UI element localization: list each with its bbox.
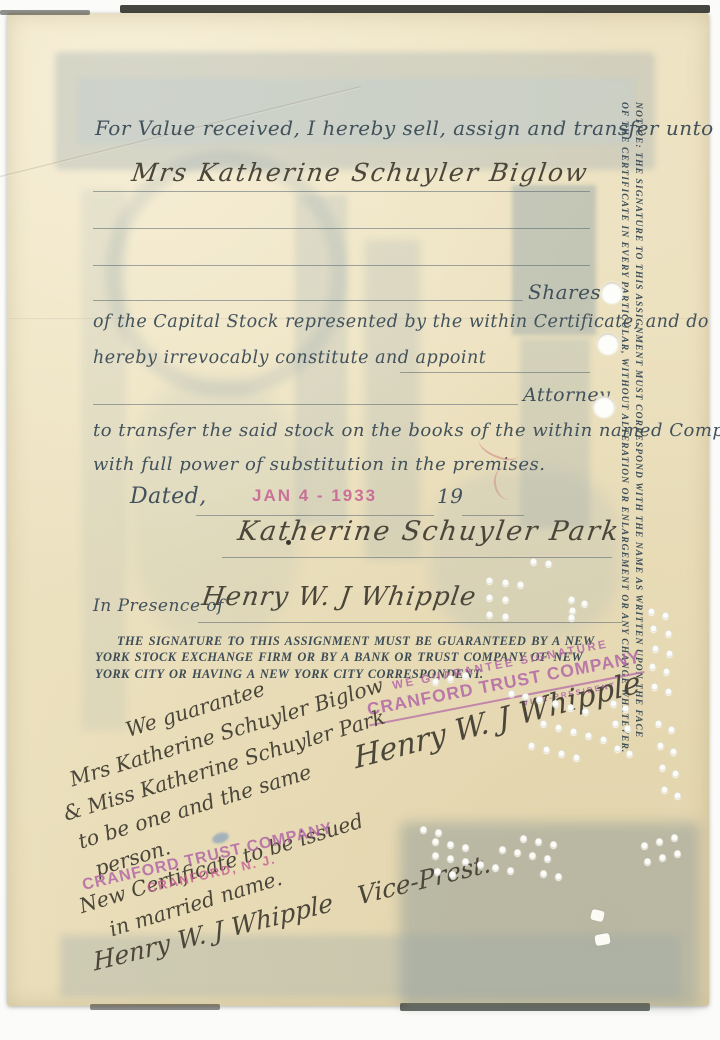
punch-hole-small (528, 742, 535, 749)
punch-hole-small (674, 850, 681, 857)
punch-hole-small (569, 607, 576, 614)
punch-hole-small (434, 868, 441, 875)
punch-hole-small (555, 873, 562, 880)
punch-hole-small (662, 612, 669, 619)
punch-hole-small (581, 600, 588, 607)
side-notice: NOTICE: THE SIGNATURE TO THIS ASSIGNMENT… (616, 102, 644, 660)
punch-hole-small (573, 754, 580, 761)
punch-hole-small (665, 630, 672, 637)
punch-hole-small (502, 613, 509, 620)
punch-hole-small (568, 596, 575, 603)
punch-hole-small (622, 705, 629, 712)
scan-edge-bottom (400, 1003, 650, 1011)
punch-hole-small (568, 614, 575, 621)
punch-hole-small (536, 696, 543, 703)
punch-hole-small (486, 594, 493, 601)
punch-hole-small (657, 742, 664, 749)
punch-hole-small (626, 750, 633, 757)
punch-hole-small (656, 838, 663, 845)
punch-hole-small (552, 700, 559, 707)
punch-hole-small (570, 728, 577, 735)
punch-hole-small (447, 841, 454, 848)
punch-hole-small (462, 844, 469, 851)
punch-hole-small (544, 855, 551, 862)
punch-hole-small (649, 663, 656, 670)
punch-hole-small (624, 725, 631, 732)
assignee-name-handwriting: Mrs Katherine Schuyler Biglow (132, 158, 589, 187)
punch-hole-small (545, 560, 552, 567)
punch-hole-small (600, 736, 607, 743)
punch-hole-small (449, 871, 456, 878)
punch-hole-small (529, 852, 536, 859)
punch-hole-small (520, 835, 527, 842)
punch-hole-small (508, 690, 515, 697)
punch-hole-small (666, 650, 673, 657)
punch-hole-large (597, 333, 619, 355)
punch-hole-small (650, 625, 657, 632)
punch-hole-small (432, 838, 439, 845)
year-prefix: 19 (437, 484, 463, 508)
punch-hole-large (593, 396, 615, 418)
punch-hole-small (585, 732, 592, 739)
punch-hole-small (567, 704, 574, 711)
shares-label: Shares (528, 280, 601, 304)
punch-hole-small (612, 720, 619, 727)
holder-signature: Katherine Schuyler Park (238, 516, 620, 547)
punch-hole-small (671, 834, 678, 841)
side-notice-line-2: OF THE CERTIFICATE IN EVERY PARTICULAR, … (616, 102, 630, 660)
scan-edge-bottom-left (90, 1004, 220, 1010)
punch-hole-small (535, 838, 542, 845)
punch-hole-small (665, 688, 672, 695)
punch-hole-small (641, 842, 648, 849)
punch-hole-small (661, 786, 668, 793)
punch-hole-small (502, 596, 509, 603)
punch-hole-small (540, 720, 547, 727)
rule-shares (93, 300, 523, 301)
punch-hole-small (462, 858, 469, 865)
rule-blank-1 (93, 228, 590, 229)
scan-edge-top-left (0, 10, 90, 15)
assignment-line-3: hereby irrevocably constitute and appoin… (93, 348, 486, 368)
rule-blank-2 (93, 265, 590, 266)
punch-hole-small (502, 579, 509, 586)
assignment-line-5: with full power of substitution in the p… (93, 454, 545, 475)
punch-hole-small (610, 700, 617, 707)
punch-hole-small (644, 858, 651, 865)
rule-holder-signature (222, 557, 612, 558)
punch-hole-small (659, 854, 666, 861)
rule-attorney (93, 404, 518, 405)
punch-hole-small (447, 675, 454, 682)
punch-hole-small (477, 861, 484, 868)
punch-hole-small (670, 748, 677, 755)
punch-hole-small (492, 864, 499, 871)
punch-hole-small (652, 645, 659, 652)
punch-hole-small (651, 683, 658, 690)
punch-hole-small (507, 867, 514, 874)
rule-appoint (400, 372, 590, 373)
rule-witness-signature (198, 622, 622, 623)
punch-hole-small (435, 829, 442, 836)
punch-hole-small (462, 672, 469, 679)
punch-hole-small (668, 726, 675, 733)
scan-edge-top (120, 5, 710, 13)
scanned-certificate-back: For Value received, I hereby sell, assig… (0, 0, 720, 1040)
punch-hole-large (601, 282, 623, 304)
ink-blot (286, 540, 291, 545)
punch-hole-small (558, 750, 565, 757)
punch-hole-small (663, 668, 670, 675)
punch-hole-small (447, 855, 454, 862)
witness-signature: Henry W. J Whipple (202, 582, 476, 612)
side-notice-line-1: NOTICE: THE SIGNATURE TO THIS ASSIGNMENT… (630, 102, 644, 660)
punch-hole-small (555, 724, 562, 731)
punch-hole-small (486, 577, 493, 584)
punch-hole-small (540, 870, 547, 877)
punch-hole-small (550, 841, 557, 848)
punch-hole-small (432, 678, 439, 685)
punch-hole-small (517, 581, 524, 588)
punch-hole-small (672, 770, 679, 777)
punch-hole-small (420, 826, 427, 833)
punch-hole-small (522, 693, 529, 700)
punch-hole-small (514, 849, 521, 856)
punch-hole-small (486, 611, 493, 618)
dated-label: Dated, (130, 484, 207, 509)
punch-hole-small (432, 852, 439, 859)
punch-hole-small (530, 558, 537, 565)
date-stamp: JAN 4 - 1933 (252, 486, 377, 506)
punch-hole-small (582, 708, 589, 715)
punch-hole-small (543, 746, 550, 753)
punch-hole-small (655, 720, 662, 727)
rule-name-line (93, 191, 590, 192)
punch-hole-small (659, 764, 666, 771)
punch-hole-small (614, 745, 621, 752)
punch-hole-small (674, 792, 681, 799)
punch-hole-small (499, 846, 506, 853)
punch-hole-small (648, 608, 655, 615)
